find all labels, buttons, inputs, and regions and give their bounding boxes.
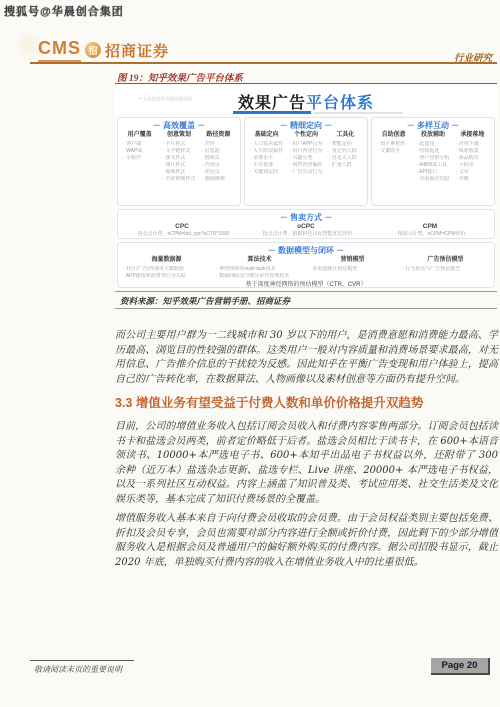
list-item: 客户营销分析: [416, 155, 452, 162]
source-divider-bottom: [115, 308, 497, 309]
list-item: 知乎素材库: [377, 141, 413, 148]
data-col-title: 算法技术: [213, 256, 306, 265]
sell-method-title: CPM: [368, 223, 492, 231]
diagram-title-blue: 平台体系: [306, 95, 374, 112]
list-item: 客户端: [123, 141, 159, 148]
list-item: 多渠道统计预估模型: [309, 266, 399, 273]
list-item: 搜索页: [202, 155, 238, 162]
list-item: 关键词定向: [250, 169, 286, 176]
group-title: 用户覆盖: [120, 131, 159, 140]
list-item: 智能定向: [329, 141, 365, 148]
list-item: 商品购买: [456, 155, 492, 162]
footer-divider: [30, 660, 134, 661]
sell-method-desc: 按展示计费，eCPM=CPM出价: [368, 231, 492, 238]
list-item: 用户内容行为: [289, 148, 325, 155]
source-divider-top: [115, 291, 497, 292]
list-item: 评论页: [202, 169, 238, 176]
list-item: 应用下载: [456, 141, 492, 148]
list-item: 视频样式: [162, 169, 198, 176]
panel-data-model: － 数据模型与闭环 － 海量数据源 社区/广告/外部等大数据源 APP使用和消费…: [117, 242, 495, 288]
sell-method-title: CPC: [120, 223, 244, 231]
panel-coverage-header: － 高效覆盖 －: [120, 120, 238, 131]
figure-source: 资料来源：知乎效果广告营销手册、招商证券: [120, 295, 290, 307]
sell-method-desc: 按点击计费，根据转化目标智能优化出价: [244, 231, 368, 238]
panel-coverage: － 高效覆盖 － 用户覆盖 客户端 WAP端 小程序 创意策划: [117, 117, 241, 206]
list-item: APP使用和消费等行为关联: [123, 273, 213, 280]
panel-interaction-header: － 多样互动 －: [374, 120, 492, 131]
list-item: 用户APP行为: [289, 141, 325, 148]
panel-sell-header: － 售卖方式 －: [120, 212, 492, 223]
panel-data-header: － 数据模型与闭环 －: [120, 245, 492, 256]
list-item: 小程序: [123, 155, 159, 162]
cms-coin-icon: 招: [85, 42, 101, 58]
list-item: 应用商店直投: [416, 176, 452, 183]
list-item: 卡片样式: [162, 141, 198, 148]
data-col-title: 海量数据源: [120, 256, 213, 265]
list-item: 行为预估与广告预估模型: [402, 266, 492, 273]
list-item: 小程序: [456, 162, 492, 169]
list-item: 线索收集: [456, 148, 492, 155]
list-item: 消费水平: [250, 155, 286, 162]
group-title: 工具化: [326, 131, 365, 140]
page-number-box: Page 20: [431, 658, 490, 675]
list-item: 特权返还: [416, 148, 452, 155]
list-item: 神经网络等multi-task技术: [216, 266, 306, 273]
diagram-title-black: 效果广告: [238, 95, 306, 112]
group-title: 基础定向: [247, 131, 286, 140]
body-paragraph-2: 目前，公司的增值业务收入包括订阅会员收入和付费内容零售两部分。订阅会员包括读书卡…: [115, 420, 498, 508]
panel-targeting: － 精细定向 － 基础定向 人口基本属性 人生阶段属性 消费水平 平台设备 关键…: [244, 117, 368, 206]
list-item: 数据间联动与细分差异处理技术: [216, 273, 306, 280]
list-item: 信息流: [202, 148, 238, 155]
group-title: 承接落地: [453, 131, 492, 140]
list-item: 人生阶段属性: [250, 148, 286, 155]
group-title: 个性定向: [286, 131, 325, 140]
list-item: 起量包: [416, 141, 452, 148]
list-item: 自定义人群: [329, 155, 365, 162]
cms-logo-text: CMS: [38, 38, 81, 62]
broker-name: 招商证券: [105, 40, 169, 61]
list-item: 人口基本属性: [250, 141, 286, 148]
report-page: 搜狐号@华晨创合集团 CMS 招 招商证券 行业研究 图 19：知乎效果广告平台…: [0, 0, 500, 707]
list-item: WAP端: [123, 148, 159, 155]
data-model-bottom-note: 基于深度神经网络的预估模型（CTR、CVR）: [120, 281, 492, 288]
list-item: 激励视频: [202, 176, 238, 183]
list-item: 扩量人群: [329, 162, 365, 169]
list-item: 文章: [456, 169, 492, 176]
list-item: 全屏视频样式: [162, 176, 198, 183]
data-col-title: 广告预估模型: [399, 256, 492, 265]
panel-targeting-header: － 精细定向 －: [247, 120, 365, 131]
diagram-title-underline: [233, 111, 311, 114]
list-item: 外链: [456, 176, 492, 183]
body-paragraph-1: 而公司主要用户群为一二线城市和 30 岁以下的用户，是消费意愿和消费能力最高、学…: [115, 329, 498, 387]
header-divider: [30, 62, 497, 64]
group-title: 自助创意: [374, 131, 413, 140]
list-item: 文案助手: [377, 148, 413, 155]
group-title: 投放辅助: [413, 131, 452, 140]
list-item: 文字链样式: [162, 148, 198, 155]
panel-interaction: － 多样互动 － 自助创意 知乎素材库 文案助手 投放辅助: [371, 117, 495, 206]
cms-logo: CMS 招 招商证券: [38, 38, 169, 62]
list-item: 图文样式: [162, 155, 198, 162]
list-item: A/B测试工具: [416, 162, 452, 169]
page-number: Page 20: [442, 660, 478, 671]
list-item: 广告互动行为: [289, 169, 325, 176]
figure-caption: 图 19：知乎效果广告平台体系: [117, 70, 243, 84]
diagram-title-underline-gray: [313, 112, 403, 114]
list-item: 开屏: [202, 141, 238, 148]
list-item: 图片样式: [162, 162, 198, 169]
sohu-watermark: 搜狐号@华晨创合集团: [4, 3, 124, 19]
list-item: 兴趣分类: [289, 155, 325, 162]
list-item: 内容页: [202, 162, 238, 169]
sell-method-desc: 按点击计费，eCPM=bid_cpc*eCTR*1000: [120, 231, 244, 238]
sell-method-title: oCPC: [244, 223, 368, 231]
zhihu-ad-platform-diagram: **上述创意样式将持续更新 效果广告平台体系 － 高效覆盖 － 用户覆盖 客户端…: [115, 86, 497, 290]
footer-disclaimer: 敬请阅读末页的重要说明: [34, 664, 122, 675]
section-heading-3-3: 3.3 增值业务有望受益于付费人数和单价价格提升双趋势: [115, 393, 423, 411]
list-item: 问答内容偏好: [289, 162, 325, 169]
diagram-title: 效果广告平台体系: [115, 90, 497, 113]
list-item: 平台设备: [250, 162, 286, 169]
body-paragraph-3: 增值服务收入基本来自于向付费会员收取的会员费。由于会员权益类别主要包括免费、折扣…: [115, 512, 498, 570]
list-item: API接口: [416, 169, 452, 176]
panel-sell-methods: － 售卖方式 － CPC 按点击计费，eCPM=bid_cpc*eCTR*100…: [117, 209, 495, 239]
data-col-title: 营销模型: [306, 256, 399, 265]
list-item: 社区/广告/外部等大数据源: [123, 266, 213, 273]
list-item: 重定向人群: [329, 148, 365, 155]
group-title: 路径资源: [199, 131, 238, 140]
group-title: 创意策划: [159, 131, 198, 140]
figure-caption-divider: [115, 83, 497, 84]
